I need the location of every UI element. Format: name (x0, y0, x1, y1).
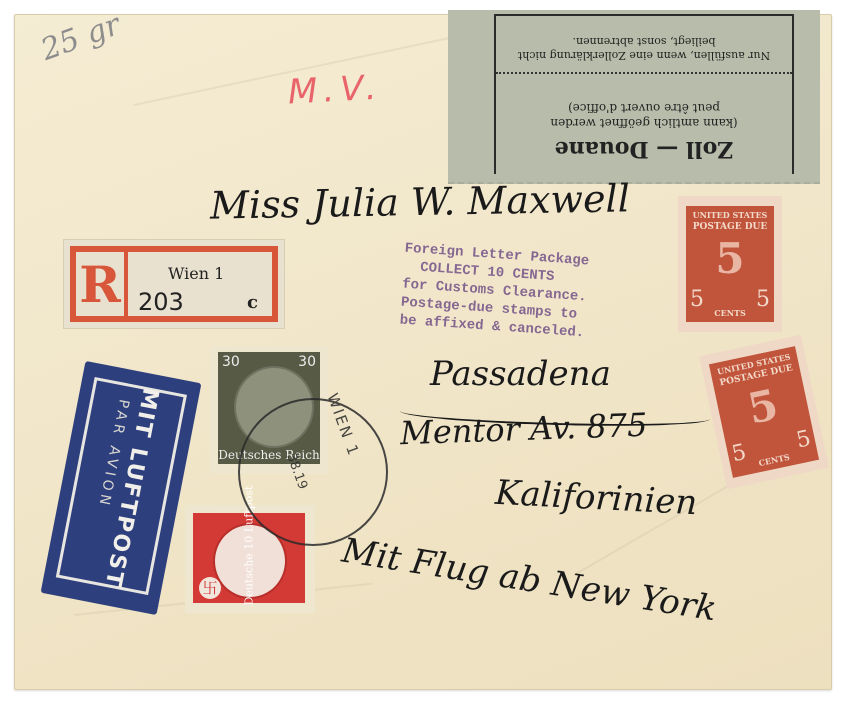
registration-letter: R (76, 252, 128, 316)
stamp-value: 30 (298, 354, 316, 370)
customs-footer-line: Nur ausfüllen, wenn eine Zollerklärung n… (496, 48, 792, 62)
customs-handstamp: Foreign Letter Package COLLECT 10 CENTS … (399, 240, 590, 343)
recipient-name: Miss Julia W. Maxwell (210, 176, 630, 227)
registration-label: R Wien 1 203 c (64, 240, 284, 328)
customs-label-frame: Zoll — Douane (kann amtlich geöffnet wer… (494, 14, 794, 174)
red-pencil-note: M.V. (287, 68, 383, 113)
postmark: WIEN 1 38.19 (238, 398, 388, 546)
customs-divider (496, 72, 792, 74)
customs-footer: Nur ausfüllen, wenn eine Zollerklärung n… (496, 34, 792, 62)
customs-title: Zoll — Douane (496, 136, 792, 162)
registration-suffix: c (247, 292, 258, 313)
customs-subtitle: (kann amtlich geöffnet werden peut être … (496, 100, 792, 130)
stamp-design: UNITED STATES POSTAGE DUE 5 5 5 CENTS (686, 206, 774, 322)
postmark-date: 38.19 (283, 451, 310, 491)
stamp-country: UNITED STATES (686, 210, 774, 220)
recipient-city: Passadena (430, 354, 611, 394)
stamp-type: POSTAGE DUE (686, 222, 774, 232)
swastika-icon: 卐 (199, 577, 221, 599)
stamp-postage-due-1: UNITED STATES POSTAGE DUE 5 5 5 CENTS (678, 196, 782, 332)
registration-number: 203 (138, 288, 184, 316)
stamp-value: 5 (686, 234, 774, 283)
customs-subtitle-line: (kann amtlich geöffnet werden (496, 115, 792, 130)
customs-footer-line: beiliegt, sonst abtrennen. (496, 34, 792, 48)
stamp-design: UNITED STATES POSTAGE DUE 5 5 5 CENTS (709, 346, 819, 478)
stamp-unit: CENTS (686, 308, 774, 318)
customs-label: Zoll — Douane (kann amtlich geöffnet wer… (448, 10, 820, 184)
registration-city: Wien 1 (168, 264, 224, 283)
customs-subtitle-line: peut être ouvert d'office) (496, 100, 792, 115)
registration-frame: R Wien 1 203 c (70, 246, 278, 322)
stamp-value: 30 (222, 354, 240, 370)
